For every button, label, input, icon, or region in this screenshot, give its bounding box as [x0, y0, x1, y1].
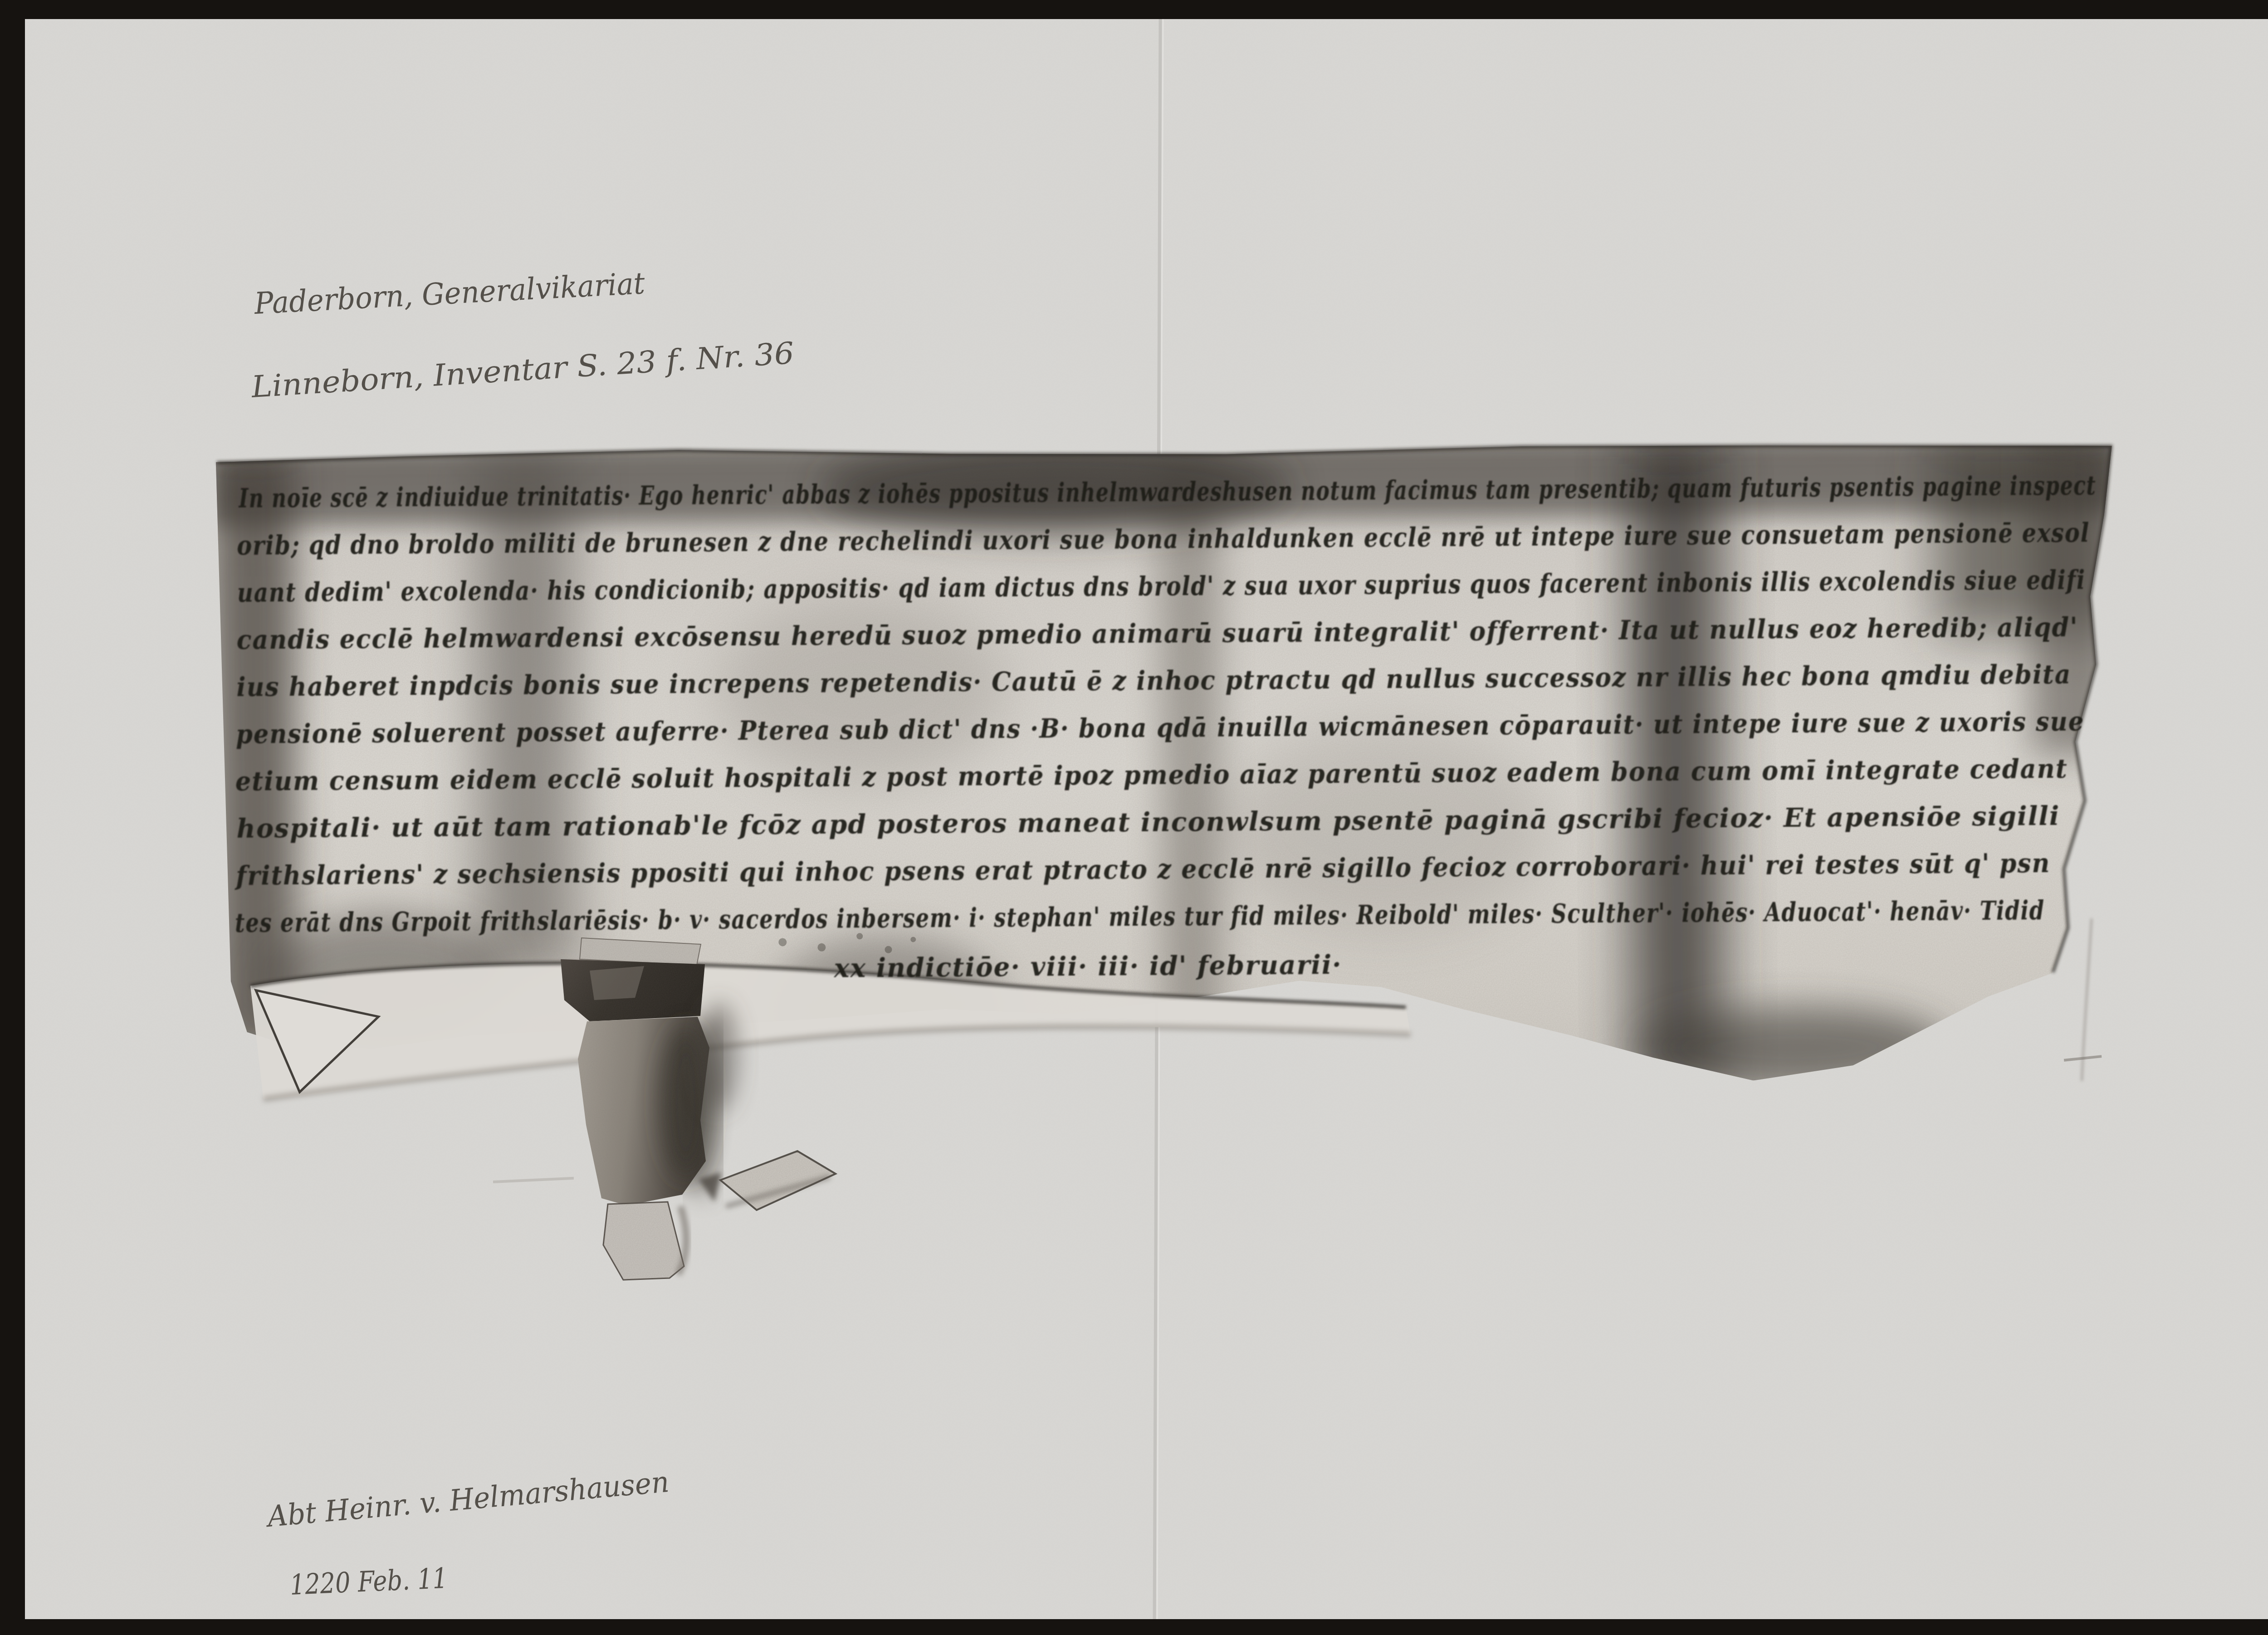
- ink-dot: [910, 937, 916, 942]
- archive-photograph: Paderborn, Generalvikariat Linneborn, In…: [0, 0, 2268, 1635]
- archive-note-bottom-line-2: 1220 Feb. 11: [289, 1562, 448, 1601]
- charter-dating-line: xx indictiōe· viii· iii· id' februarii·: [833, 950, 1342, 984]
- ink-dot: [817, 943, 826, 952]
- ink-dot: [856, 933, 863, 939]
- ink-dot: [885, 946, 892, 953]
- page: Paderborn, Generalvikariat Linneborn, In…: [0, 0, 2268, 1635]
- ink-dot: [778, 938, 787, 946]
- charter-text-block: In noīe scē z indiuidue trinitatis· Ego …: [231, 470, 2099, 988]
